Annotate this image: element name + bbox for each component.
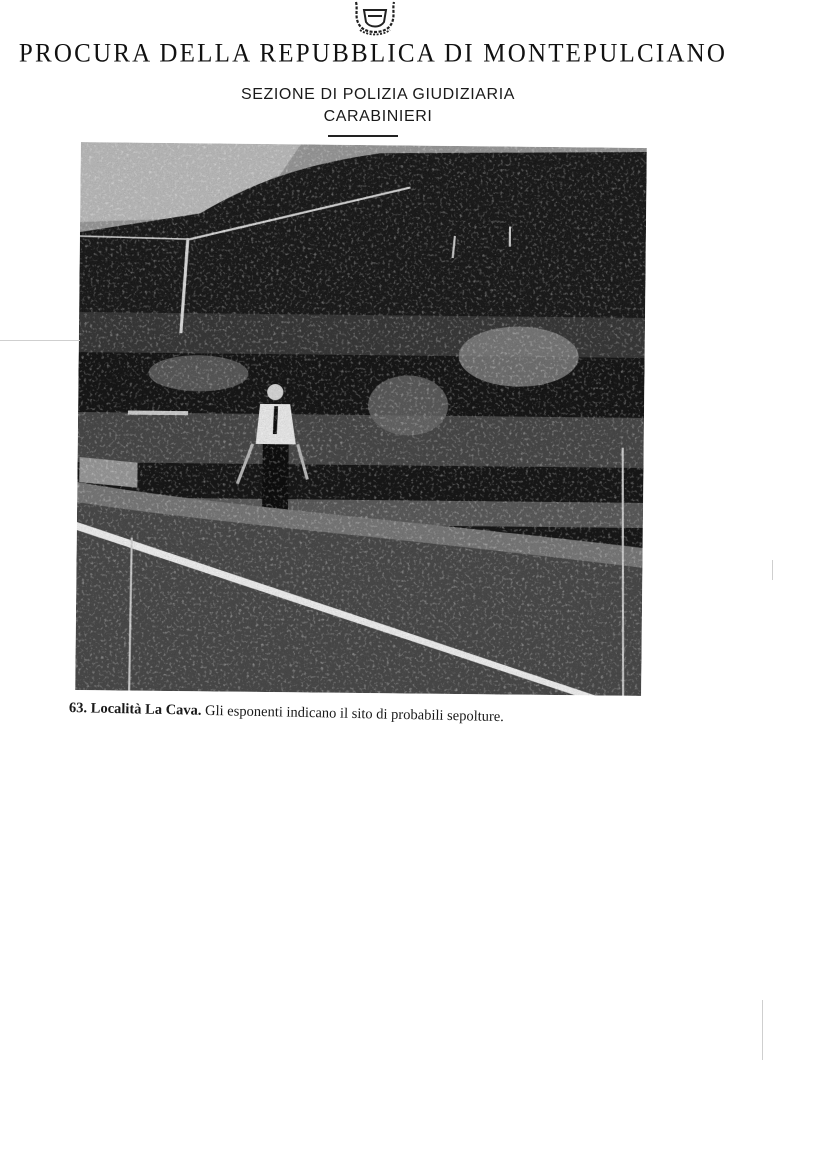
office-title: PROCURA DELLA REPUBBLICA DI MONTEPULCIAN… [0,39,746,68]
photo-scene [75,142,647,696]
emblem [348,0,402,38]
scan-edge-mark [762,1000,763,1060]
italian-republic-emblem-icon [348,0,402,38]
figure-caption-text: Gli esponenti indicano il sito di probab… [205,703,504,725]
scan-edge-mark [772,560,773,580]
title-divider [328,135,398,137]
figure-place: Località La Cava. [91,700,202,718]
evidence-photo [75,142,647,696]
section-name: SEZIONE DI POLIZIA GIUDIZIARIA [0,86,756,104]
scan-edge-mark [0,340,80,341]
figure-number: 63. [69,700,87,716]
figure-caption: 63. Località La Cava. Gli esponenti indi… [69,700,629,729]
unit-name: CARABINIERI [0,108,756,126]
